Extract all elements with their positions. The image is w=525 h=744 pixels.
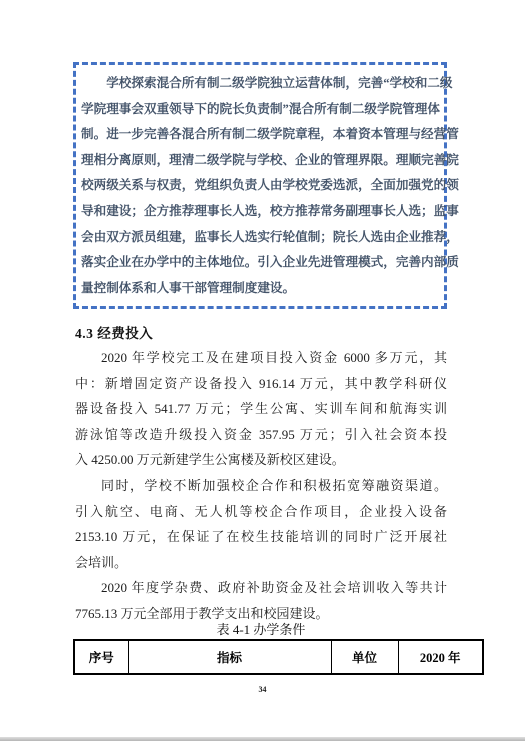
text-line: 2020 年学校完工及在建项目投入资金 6000 多万元，其 [75,345,447,371]
header-cell-indicator: 指标 [128,640,331,674]
table-caption: 表 4-1 办学条件 [75,619,447,638]
section-heading: 4.3 经费投入 [75,322,153,342]
text-line: 同时，学校不断加强校企合作和积极拓宽筹融资渠道。 [75,473,447,499]
conditions-table: 序号 指标 单位 2020 年 [73,639,484,675]
header-cell-year: 2020 年 [398,640,483,674]
text-line: 游泳馆等改造升级投入资金 357.95 万元；引入社会资本投 [75,422,447,448]
note-line: 落实企业在办学中的主体地位。引入企业先进管理模式，完善内部质 [81,250,440,276]
note-box: 学校探索混合所有制二级学院独立运营体制，完善“学校和二级 学院理事会双重领导下的… [73,62,447,309]
note-line: 量控制体系和人事干部管理制度建设。 [81,276,440,302]
body-text: 2020 年学校完工及在建项目投入资金 6000 多万元，其 中：新增固定资产设… [75,345,447,627]
note-line: 会由双方派员组建，监事长人选实行轮值制；院长人选由企业推荐， [81,225,440,251]
text-line: 2020 年度学杂费、政府补助资金及社会培训收入等共计 [75,575,447,601]
note-line: 学院理事会双重领导下的院长负责制”混合所有制二级学院管理体 [81,97,440,123]
note-line: 理相分离原则，理清二级学院与学校、企业的管理界限。理顺完善院 [81,148,440,174]
table-header-row: 序号 指标 单位 2020 年 [74,640,483,674]
note-line: 导和建设；企方推荐理事长人选，校方推荐常务副理事长人选；监事 [81,199,440,225]
text-line: 器设备投入 541.77 万元；学生公寓、实训车间和航海实训 [75,396,447,422]
text-line: 引入航空、电商、无人机等校企合作项目，企业投入设备 [75,499,447,525]
header-cell-index: 序号 [74,640,128,674]
note-line: 学校探索混合所有制二级学院独立运营体制，完善“学校和二级 [81,71,440,97]
header-cell-unit: 单位 [331,640,398,674]
text-line: 入 4250.00 万元新建学生公寓楼及新校区建设。 [75,447,447,473]
text-line: 中：新增固定资产设备投入 916.14 万元，其中教学科研仪 [75,371,447,397]
page-edge-divider [0,737,525,741]
text-line: 会培训。 [75,550,447,576]
page-number: 34 [0,685,525,694]
note-line: 制。进一步完善各混合所有制二级学院章程，本着资本管理与经营管 [81,122,440,148]
document-page: 学校探索混合所有制二级学院独立运营体制，完善“学校和二级 学院理事会双重领导下的… [0,0,525,744]
note-line: 校两级关系与权责，党组织负责人由学校党委选派，全面加强党的领 [81,173,440,199]
text-line: 2153.10 万元，在保证了在校生技能培训的同时广泛开展社 [75,524,447,550]
